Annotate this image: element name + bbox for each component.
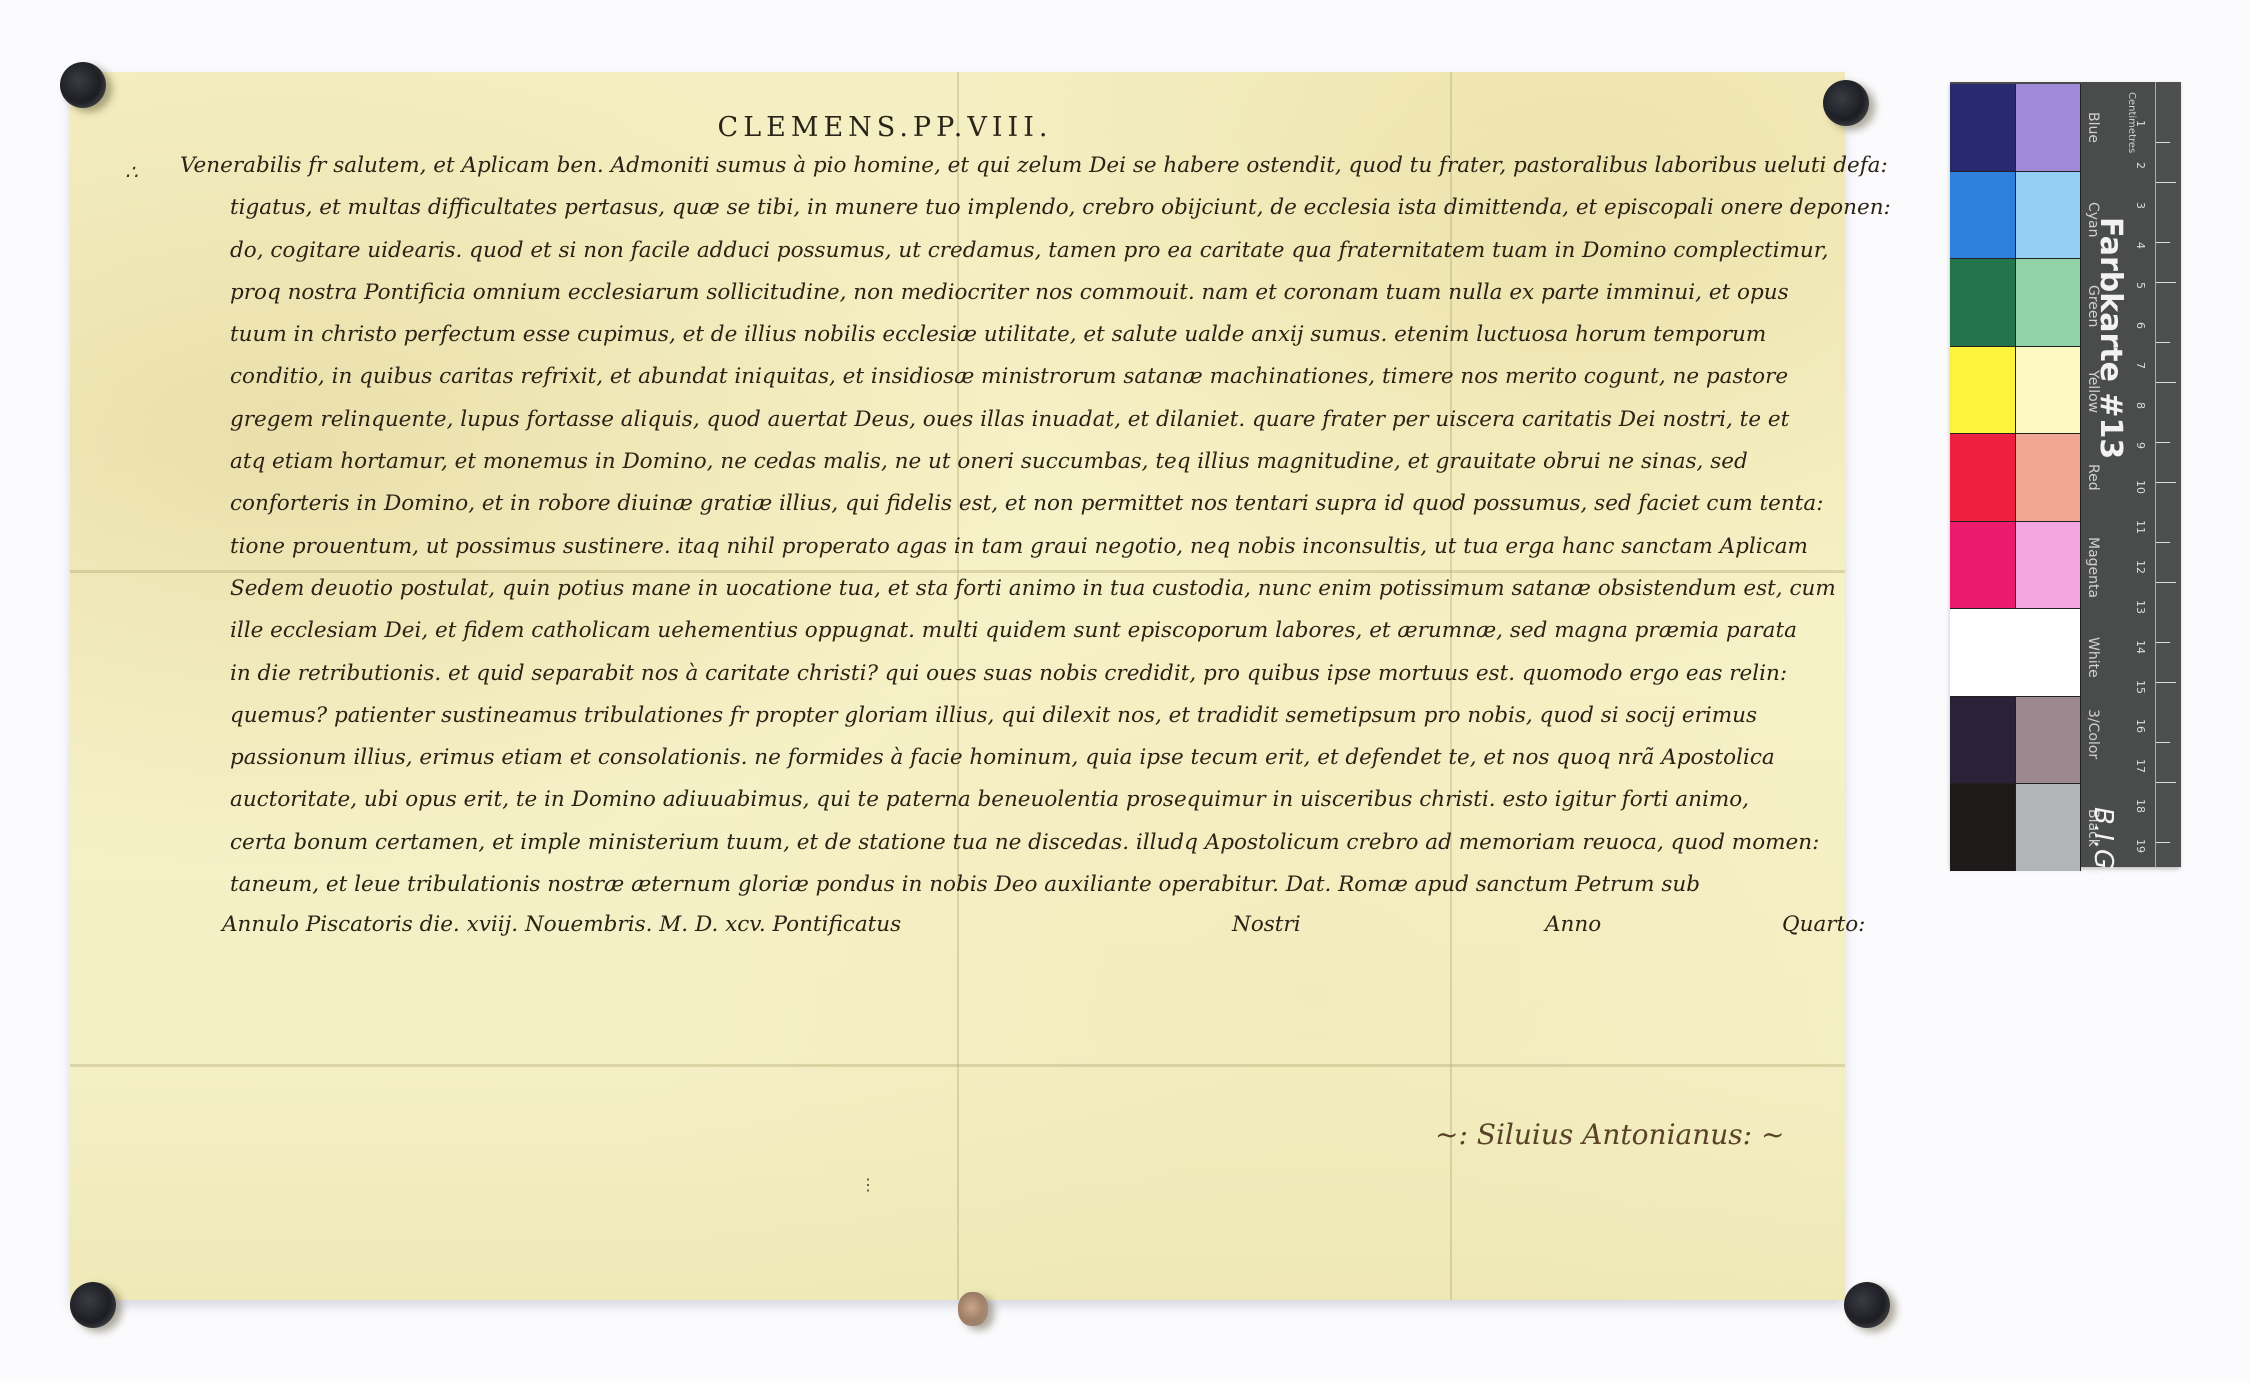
dating-clause: Annulo Piscatoris die. xviij. Nouembris.… [222,912,1852,952]
patch-cyan-light [2016,172,2082,259]
patch-black-light [2016,784,2082,871]
dating-quarto: Quarto: [1782,912,1865,937]
patch-row-white [1950,609,2081,697]
cm-tick-label: 12 [2134,560,2147,574]
document-heading: CLEMENS.PP.VIII. [0,112,2010,143]
patch-green-light [2016,259,2082,346]
card-title: Farbkarte #13 [2093,217,2128,459]
text-line: taneum, et leue tribulationis nostræ æte… [230,864,1850,906]
label-white: White [2085,637,2101,678]
text-line: Sedem deuotio postulat, quin potius mane… [230,568,1850,610]
dating-anno: Anno [1545,912,1601,937]
patch-row-yellow [1950,347,2081,435]
pin-bottom-center [958,1292,988,1326]
text-line: in die retributionis. et quid separabit … [230,653,1850,695]
cm-tick-label: 11 [2134,520,2147,534]
text-line: proq nostra Pontificia omnium ecclesiaru… [230,272,1850,314]
patch-magenta-light [2016,522,2082,609]
label-3color: 3/Color [2085,709,2101,759]
patch-row-green [1950,259,2081,347]
patch-blue-dark [1950,84,2016,171]
color-patches [1950,84,2081,864]
cm-tick-label: 2 [2134,162,2147,169]
pin-top-left [60,62,106,108]
card-brand: B.I.G. [2088,807,2118,877]
color-calibration-card: Farbkarte #13 Centimetres Inches Blue Cy… [1950,82,2180,867]
text-line: Venerabilis fr salutem, et Aplicam ben. … [180,145,1850,187]
patch-row-cyan [1950,172,2081,260]
patch-row-blue [1950,84,2081,172]
label-blue: Blue [2085,112,2101,143]
text-line: ille ecclesiam Dei, et fidem catholicam … [230,610,1850,652]
cm-tick-label: 17 [2134,759,2147,773]
patch-row-magenta [1950,522,2081,610]
text-line: conforteris in Domino, et in robore diui… [230,483,1850,525]
text-line: atq etiam hortamur, et monemus in Domino… [230,441,1850,483]
text-line: tigatus, et multas difficultates pertasu… [230,187,1850,229]
patch-magenta-dark [1950,522,2016,609]
text-line: passionum illius, erimus etiam et consol… [230,737,1850,779]
label-red: Red [2085,464,2101,491]
text-line: gregem relinquente, lupus fortasse aliqu… [230,399,1850,441]
ink-speck: ⋮ [860,1175,876,1194]
margin-mark: ∴ [125,160,138,184]
patch-black-dark [1950,784,2016,871]
patch-white [1950,609,2081,696]
patch-3color-light [2016,697,2082,784]
dating-date: Annulo Piscatoris die. xviij. Nouembris.… [222,912,901,937]
cm-tick-label: 3 [2134,202,2147,209]
text-line: tione prouentum, ut possimus sustinere. … [230,526,1850,568]
secretary-signature: ~: Siluius Antonianus: ~ [1435,1118,1784,1151]
cm-tick-label: 16 [2134,719,2147,733]
cm-tick-label: 8 [2134,402,2147,409]
pin-bottom-right [1844,1282,1890,1328]
label-magenta: Magenta [2085,537,2101,598]
patch-yellow-dark [1950,347,2016,434]
patch-row-3color [1950,697,2081,785]
cm-tick-label: 10 [2134,480,2147,494]
patch-cyan-dark [1950,172,2016,259]
text-line: quemus? patienter sustineamus tribulatio… [230,695,1850,737]
patch-red-light [2016,434,2082,521]
patch-yellow-light [2016,347,2082,434]
cm-tick-label: 19 [2134,839,2147,853]
cm-tick-label: 9 [2134,442,2147,449]
cm-tick-label: 4 [2134,242,2147,249]
patch-3color-dark [1950,697,2016,784]
cm-tick-label: 7 [2134,362,2147,369]
cm-tick-label: 14 [2134,640,2147,654]
text-line: do, cogitare uidearis. quod et si non fa… [230,230,1850,272]
label-green: Green [2085,285,2101,327]
text-line: conditio, in quibus caritas refrixit, et… [230,356,1850,398]
cm-tick-label: 1 [2134,120,2147,127]
ruler-scale [2155,82,2181,867]
cm-tick-label: 15 [2134,680,2147,694]
patch-blue-light [2016,84,2082,171]
label-yellow: Yellow [2085,370,2101,413]
text-line: certa bonum certamen, et imple ministeri… [230,822,1850,864]
patch-red-dark [1950,434,2016,521]
label-cyan: Cyan [2085,202,2101,238]
text-line: tuum in christo perfectum esse cupimus, … [230,314,1850,356]
dating-nostri: Nostri [1232,912,1301,937]
document-body: Venerabilis fr salutem, et Aplicam ben. … [230,145,1850,906]
cm-tick-label: 5 [2134,282,2147,289]
text-line: auctoritate, ubi opus erit, te in Domino… [230,779,1850,821]
patch-row-red [1950,434,2081,522]
pin-bottom-left [70,1282,116,1328]
cm-tick-label: 18 [2134,799,2147,813]
patch-row-black [1950,784,2081,871]
cm-tick-label: 13 [2134,600,2147,614]
cm-tick-label: 6 [2134,322,2147,329]
patch-green-dark [1950,259,2016,346]
